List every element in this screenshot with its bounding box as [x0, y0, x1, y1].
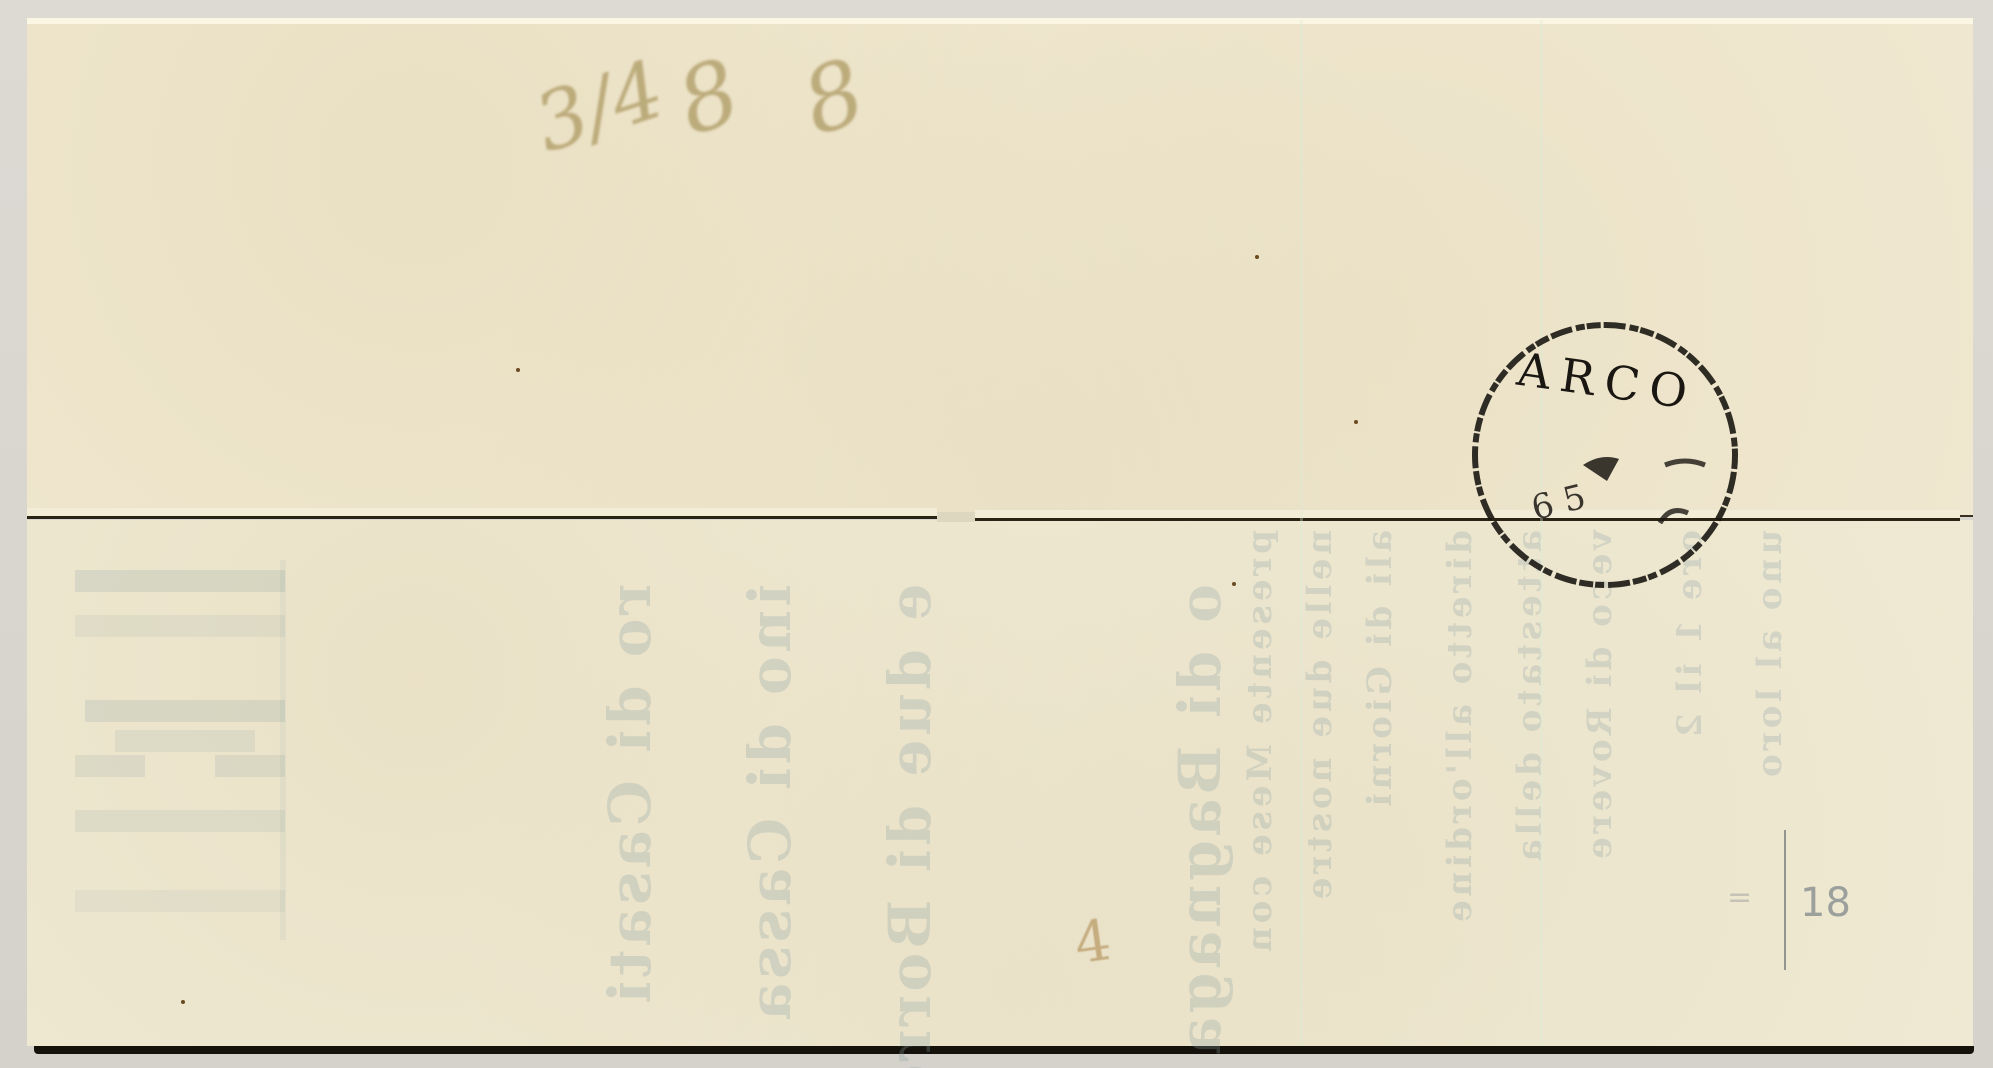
show-through-line: o di Bagnaga — [1166, 584, 1234, 1004]
svg-text:6 5: 6 5 — [1528, 477, 1590, 529]
flap-top-edge — [27, 18, 1973, 24]
arco-postmark: ARCO 6 5 — [1465, 315, 1745, 595]
show-through-line: veco di Rovere — [1580, 530, 1620, 1050]
pencil-dash: = — [1727, 880, 1752, 915]
pencil-vertical-mark — [1784, 830, 1786, 970]
show-through-line: nelle due nostre — [1300, 530, 1340, 1050]
show-through-line: uno al loro — [1750, 530, 1790, 1050]
pencil-note: 18 — [1800, 880, 1851, 926]
show-through-line: e due di Borro — [876, 584, 944, 1004]
fold-notch — [937, 512, 975, 522]
svg-text:ARCO: ARCO — [1513, 342, 1701, 421]
show-through-line: ino di Cassa — [736, 584, 804, 1004]
show-through-line: ore 1 il 2 — [1670, 530, 1710, 1050]
show-through-line: ali di Giorni — [1360, 530, 1400, 1050]
show-through-line: diretto all'ordine — [1440, 530, 1480, 1050]
show-through-large-letters — [75, 560, 295, 940]
fold-line-left — [27, 516, 937, 519]
chain-line — [1300, 20, 1303, 1046]
show-through-line: presente Mese con — [1240, 530, 1280, 1050]
show-through-line: ro di Casati — [596, 584, 664, 1004]
show-through-line: attestato della — [1510, 530, 1550, 1050]
